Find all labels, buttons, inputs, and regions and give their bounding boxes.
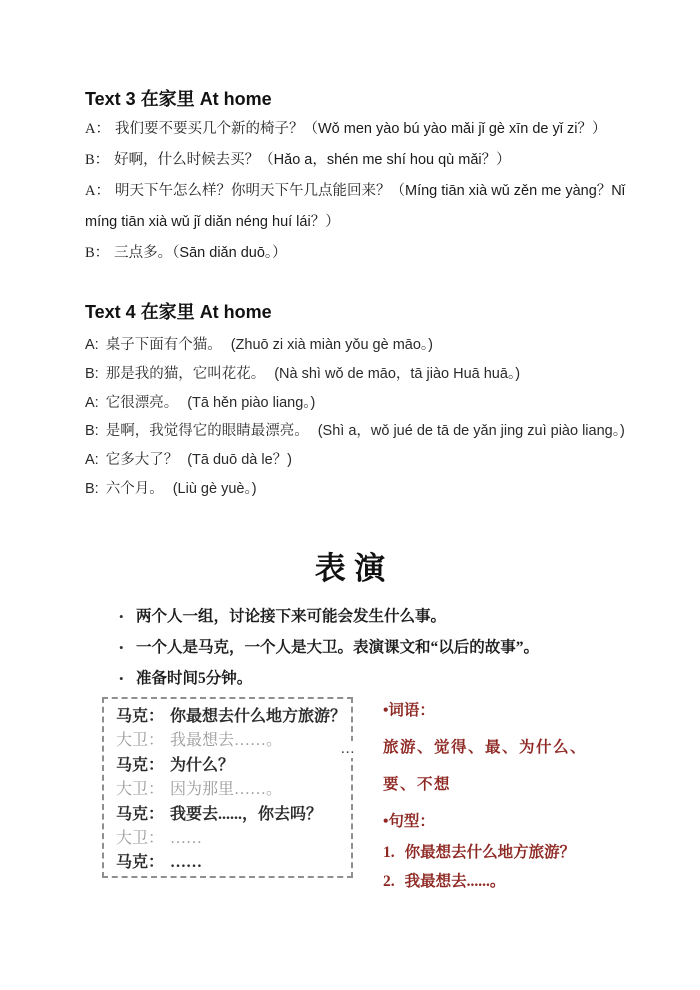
pinyin-text: (Shì a，wǒ jué de tā de yǎn jing zuì piào… [318, 423, 625, 439]
speaker-label: 大卫： [116, 732, 164, 749]
text3-dialogue: A：我们要不要买几个新的椅子？（Wǒ men yào bú yào mǎi jǐ… [85, 114, 627, 269]
bullet-dot: • [119, 663, 136, 694]
continuation-ellipsis: ... [340, 741, 356, 758]
speaker-label: A： [85, 121, 110, 137]
text4-line: A:它很漂亮。(Tā hěn piào liang。) [85, 389, 627, 418]
dialogue-box: 马克：你最想去什么地方旅游？ 大卫：我最想去……。 马克：为什么？ 大卫：因为那… [102, 697, 353, 878]
dialogue-line-david: 大卫：因为那里……。 [116, 778, 351, 802]
speaker-label: 马克： [116, 806, 164, 823]
bullet-item: • 一个人是马克，一个人是大卫。表演课文和“以后的故事”。 [119, 632, 539, 663]
speaker-label: 马克： [116, 708, 164, 725]
text4-dialogue: A:桌子下面有个猫。(Zhuō zi xià miàn yǒu gè māo。)… [85, 331, 627, 504]
speaker-label: B: [85, 366, 99, 382]
text4-line: A:桌子下面有个猫。(Zhuō zi xià miàn yǒu gè māo。) [85, 331, 627, 360]
pattern-number: 1. [383, 844, 395, 861]
pattern-text: 我最想去......。 [405, 873, 506, 890]
text3-heading: Text 3 在家里 At home [85, 85, 272, 111]
pinyin-text: (Liù gè yuè。) [173, 481, 257, 497]
chinese-text: 它多大了？ [106, 452, 179, 468]
pinyin-text: (Zhuō zi xià miàn yǒu gè māo。) [231, 337, 433, 353]
text3-line: A：我们要不要买几个新的椅子？（Wǒ men yào bú yào mǎi jǐ… [85, 114, 627, 145]
document-page: Text 3 在家里 At home A：我们要不要买几个新的椅子？（Wǒ me… [0, 0, 700, 990]
pinyin-text: （Hǎo a，shén me shí hou qù mǎi？） [259, 152, 510, 168]
pinyin-text: （Wǒ men yào bú yào mǎi jǐ gè xīn de yǐ z… [303, 121, 606, 137]
pattern-item: 2.我最想去......。 [383, 869, 505, 891]
speaker-label: 马克： [116, 854, 164, 871]
chinese-text: 是啊，我觉得它的眼睛最漂亮。 [106, 423, 309, 439]
text4-line: B:六个月。(Liù gè yuè。) [85, 475, 627, 504]
dialogue-text: 为什么？ [170, 757, 234, 774]
bottom-section: 马克：你最想去什么地方旅游？ 大卫：我最想去……。 马克：为什么？ 大卫：因为那… [0, 695, 700, 925]
speaker-label: 马克： [116, 757, 164, 774]
speaker-label: A： [85, 183, 110, 199]
chinese-text: 桌子下面有个猫。 [106, 337, 222, 353]
speaker-label: A: [85, 452, 99, 468]
text3-line: A：明天下午怎么样？你明天下午几点能回来？（Míng tiān xià wǔ z… [85, 176, 627, 238]
dialogue-text: 我要去......，你去吗？ [170, 806, 322, 823]
pinyin-text: (Tā duō dà le？) [187, 452, 292, 468]
pinyin-text: (Tā hěn piào liang。) [187, 395, 315, 411]
dialogue-text: …… [170, 854, 202, 871]
dialogue-line-mark: 马克：我要去......，你去吗？ [116, 803, 351, 827]
vocab-heading: •词语： [383, 698, 435, 720]
pattern-item: 1.你最想去什么地方旅游？ [383, 840, 575, 862]
chinese-text: 它很漂亮。 [106, 395, 179, 411]
dialogue-text: 我最想去……。 [170, 732, 282, 749]
text3-line: B：好啊，什么时候去买？（Hǎo a，shén me shí hou qù mǎ… [85, 145, 627, 176]
dialogue-text: 因为那里……。 [170, 781, 282, 798]
speaker-label: B: [85, 481, 99, 497]
chinese-text: 三点多。 [114, 245, 172, 261]
text4-line: B:是啊，我觉得它的眼睛最漂亮。(Shì a，wǒ jué de tā de y… [85, 417, 627, 446]
dialogue-line-mark: 马克：为什么？ [116, 754, 351, 778]
instruction-bullets: • 两个人一组，讨论接下来可能会发生什么事。 • 一个人是马克，一个人是大卫。表… [119, 601, 539, 694]
vocab-words: 旅游、觉得、最、为什么、 [383, 735, 587, 757]
speaker-label: B： [85, 245, 109, 261]
dialogue-line-david: 大卫：我最想去……。 [116, 729, 351, 753]
bullet-text: 一个人是马克，一个人是大卫。表演课文和“以后的故事”。 [136, 632, 539, 663]
bullet-dot: • [119, 601, 136, 632]
speaker-label: A: [85, 395, 99, 411]
dialogue-text: 你最想去什么地方旅游？ [170, 708, 346, 725]
text3-line: B：三点多。（Sān diǎn duō。） [85, 238, 627, 269]
chinese-text: 明天下午怎么样？你明天下午几点能回来？ [115, 183, 391, 199]
pattern-number: 2. [383, 873, 395, 890]
speaker-label: B: [85, 423, 99, 439]
dialogue-line-mark: 马克：你最想去什么地方旅游？ [116, 705, 351, 729]
dialogue-text: …… [170, 830, 202, 847]
chinese-text: 我们要不要买几个新的椅子？ [115, 121, 304, 137]
speaker-label: B： [85, 152, 109, 168]
dialogue-line-david: 大卫：…… [116, 827, 351, 851]
pattern-text: 你最想去什么地方旅游？ [405, 844, 576, 861]
bullet-text: 准备时间5分钟。 [136, 663, 252, 694]
speaker-label: 大卫： [116, 781, 164, 798]
vocab-words: 要、不想 [383, 772, 451, 794]
chinese-text: 那是我的猫，它叫花花。 [106, 366, 266, 382]
chinese-text: 六个月。 [106, 481, 164, 497]
bullet-item: • 准备时间5分钟。 [119, 663, 539, 694]
text4-line: A:它多大了？(Tā duō dà le？) [85, 446, 627, 475]
dialogue-line-mark: 马克：…… [116, 851, 351, 875]
bullet-text: 两个人一组，讨论接下来可能会发生什么事。 [136, 601, 446, 632]
bullet-dot: • [119, 632, 136, 663]
pinyin-text: (Nà shì wǒ de māo，tā jiào Huā huā。) [274, 366, 520, 382]
speaker-label: 大卫： [116, 830, 164, 847]
performance-title: 表 演 [0, 543, 700, 588]
chinese-text: 好啊，什么时候去买？ [114, 152, 259, 168]
speaker-label: A: [85, 337, 99, 353]
pattern-heading: •句型： [383, 809, 435, 831]
pinyin-text: （Sān diǎn duō。） [172, 245, 286, 261]
bullet-item: • 两个人一组，讨论接下来可能会发生什么事。 [119, 601, 539, 632]
text4-line: B:那是我的猫，它叫花花。(Nà shì wǒ de māo，tā jiào H… [85, 360, 627, 389]
text4-heading: Text 4 在家里 At home [85, 298, 272, 324]
